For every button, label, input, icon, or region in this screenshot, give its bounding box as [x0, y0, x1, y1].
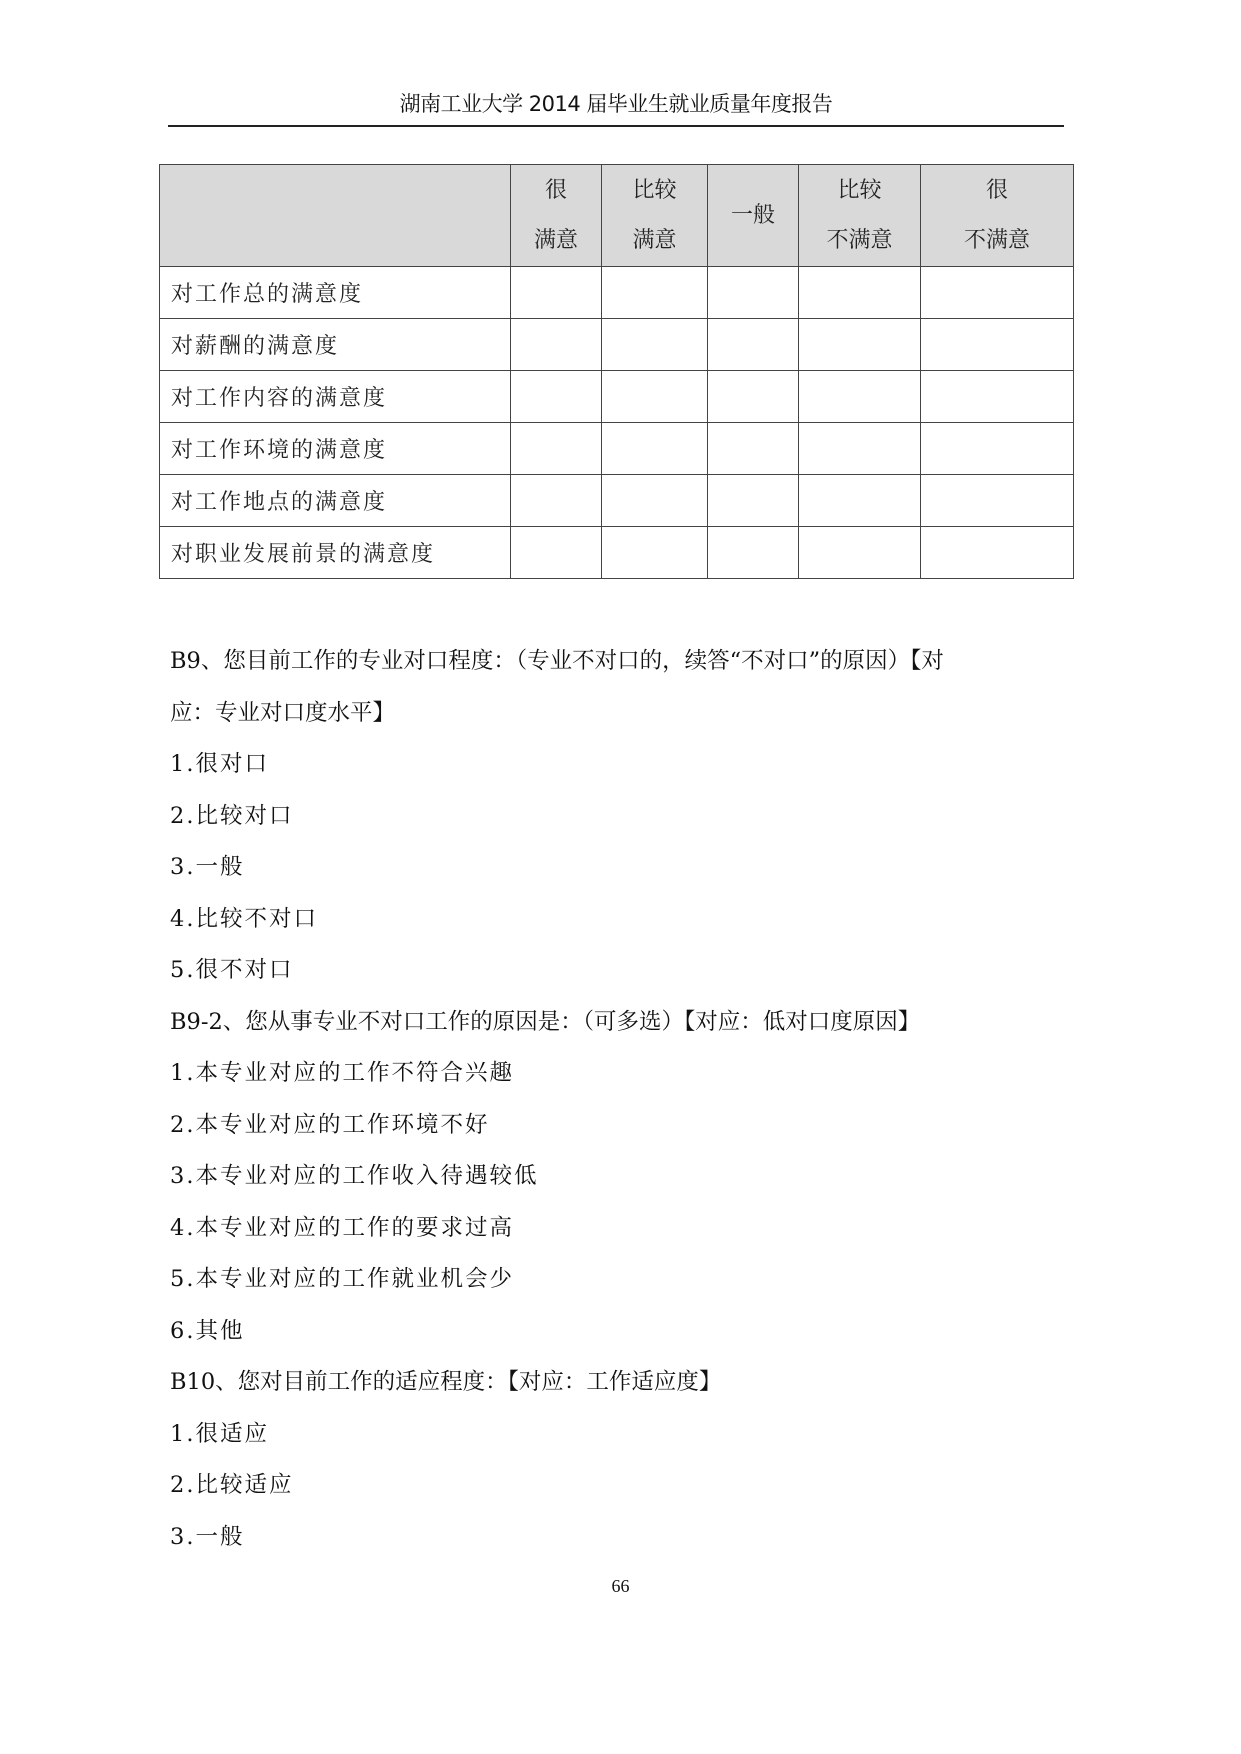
question-b9-title-line1: B9、您目前工作的专业对口程度：（专业不对口的，续答“不对口”的原因）【对	[170, 636, 1070, 688]
answer-cell	[602, 267, 708, 319]
b9-option: 1.很对口	[170, 739, 1070, 791]
answer-cell	[799, 423, 921, 475]
answer-cell	[511, 319, 602, 371]
b9-2-option: 5.本专业对应的工作就业机会少	[170, 1254, 1070, 1306]
header-cell-blank	[160, 165, 511, 267]
answer-cell	[799, 319, 921, 371]
answer-cell	[799, 527, 921, 579]
answer-cell	[708, 527, 799, 579]
table-row: 对薪酬的满意度	[160, 319, 1074, 371]
b9-2-option: 6.其他	[170, 1306, 1070, 1358]
row-label: 对工作地点的满意度	[160, 475, 511, 527]
header-cell-neutral: 一般	[708, 165, 799, 267]
header-cell-fairly-dissatisfied: 比较 不满意	[799, 165, 921, 267]
answer-cell	[602, 527, 708, 579]
answer-cell	[602, 371, 708, 423]
b9-2-option: 3.本专业对应的工作收入待遇较低	[170, 1151, 1070, 1203]
question-b9-title-line2: 应：专业对口度水平】	[170, 688, 1070, 740]
running-header: 湖南工业大学 2014 届毕业生就业质量年度报告	[168, 88, 1064, 118]
answer-cell	[708, 267, 799, 319]
question-b9-2-title: B9-2、您从事专业不对口工作的原因是：（可多选）【对应：低对口度原因】	[170, 997, 1070, 1049]
table-row: 对工作环境的满意度	[160, 423, 1074, 475]
answer-cell	[708, 319, 799, 371]
header-cell-fairly-satisfied: 比较 满意	[602, 165, 708, 267]
b9-option: 5.很不对口	[170, 945, 1070, 997]
answer-cell	[921, 319, 1074, 371]
answer-cell	[921, 267, 1074, 319]
answer-cell	[511, 475, 602, 527]
question-b10-title: B10、您对目前工作的适应程度：【对应：工作适应度】	[170, 1357, 1070, 1409]
answer-cell	[921, 475, 1074, 527]
row-label: 对职业发展前景的满意度	[160, 527, 511, 579]
answer-cell	[708, 371, 799, 423]
b9-2-option: 1.本专业对应的工作不符合兴趣	[170, 1048, 1070, 1100]
answer-cell	[921, 371, 1074, 423]
b9-option: 2.比较对口	[170, 791, 1070, 843]
b10-option: 2.比较适应	[170, 1460, 1070, 1512]
row-label: 对工作总的满意度	[160, 267, 511, 319]
header-cell-very-dissatisfied: 很 不满意	[921, 165, 1074, 267]
page-number: 66	[0, 1576, 1241, 1597]
answer-cell	[799, 267, 921, 319]
header-cell-very-satisfied: 很 满意	[511, 165, 602, 267]
table-row: 对工作内容的满意度	[160, 371, 1074, 423]
row-label: 对工作环境的满意度	[160, 423, 511, 475]
satisfaction-table: 很 满意 比较 满意 一般 比较 不满意 很 不满意 对工作总的满意度	[159, 164, 1074, 579]
answer-cell	[921, 423, 1074, 475]
question-body: B9、您目前工作的专业对口程度：（专业不对口的，续答“不对口”的原因）【对 应：…	[170, 636, 1070, 1563]
answer-cell	[511, 527, 602, 579]
answer-cell	[511, 371, 602, 423]
table-row: 对职业发展前景的满意度	[160, 527, 1074, 579]
answer-cell	[799, 475, 921, 527]
table-header-row: 很 满意 比较 满意 一般 比较 不满意 很 不满意	[160, 165, 1074, 267]
b10-option: 3.一般	[170, 1512, 1070, 1564]
table-row: 对工作地点的满意度	[160, 475, 1074, 527]
answer-cell	[708, 475, 799, 527]
b9-option: 4.比较不对口	[170, 894, 1070, 946]
b10-option: 1.很适应	[170, 1409, 1070, 1461]
b9-option: 3.一般	[170, 842, 1070, 894]
answer-cell	[602, 475, 708, 527]
answer-cell	[511, 267, 602, 319]
answer-cell	[511, 423, 602, 475]
table-row: 对工作总的满意度	[160, 267, 1074, 319]
b9-2-option: 2.本专业对应的工作环境不好	[170, 1100, 1070, 1152]
row-label: 对薪酬的满意度	[160, 319, 511, 371]
answer-cell	[602, 319, 708, 371]
b9-2-option: 4.本专业对应的工作的要求过高	[170, 1203, 1070, 1255]
answer-cell	[799, 371, 921, 423]
header-rule	[168, 125, 1064, 127]
answer-cell	[708, 423, 799, 475]
row-label: 对工作内容的满意度	[160, 371, 511, 423]
answer-cell	[921, 527, 1074, 579]
answer-cell	[602, 423, 708, 475]
